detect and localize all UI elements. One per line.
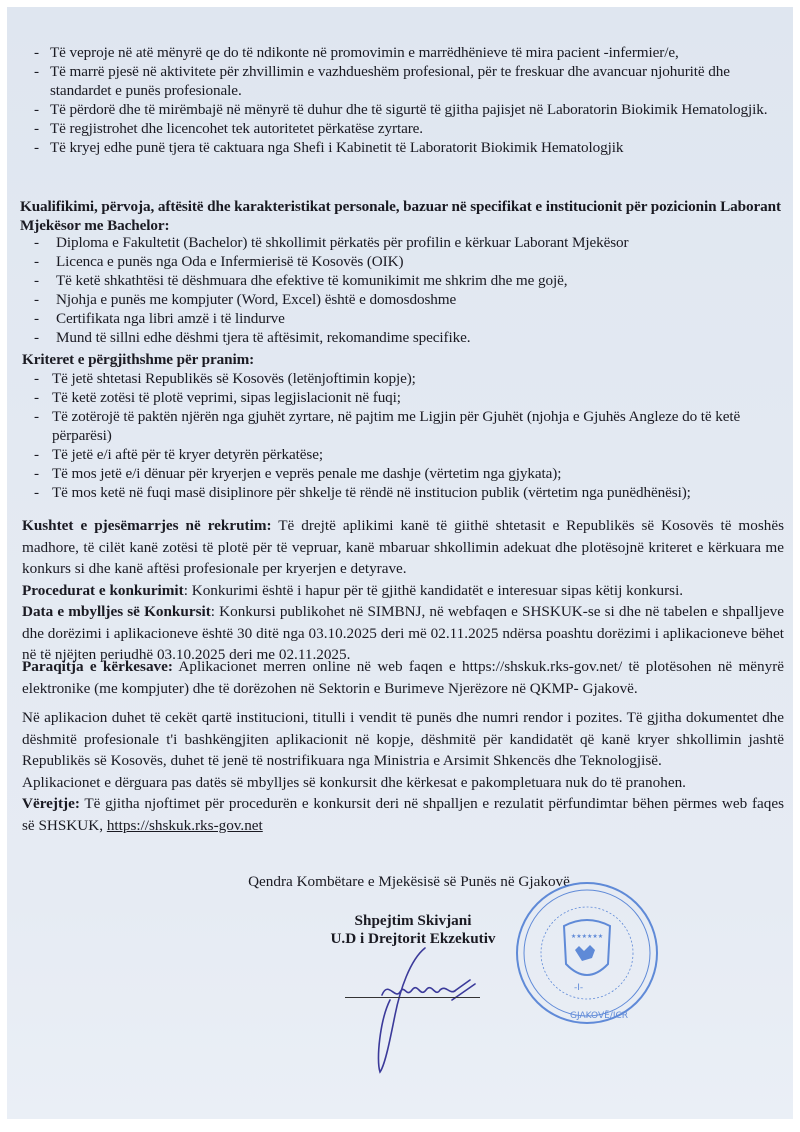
remark-label: Vërejtje: [22,795,80,812]
list-item-text: Të ketë shkathtësi të dëshmuara dhe efek… [56,272,567,289]
list-item-text: Të mos ketë në fuqi masë disiplinore për… [52,484,691,501]
dash-bullet-icon: - [34,369,39,388]
conditions-paragraph: Kushtet e pjesëmarrjes në rekrutim: Të d… [22,515,784,666]
list-item-text: Të zotërojë të paktën njërën nga gjuhët … [52,408,740,444]
list-item: -Të marrë pjesë në aktivitete për zhvill… [34,62,774,100]
list-item: -Të kryej edhe punë tjera të caktuara ng… [34,138,774,157]
list-item: -Të jetë shtetasi Republikës së Kosovës … [34,369,764,388]
dash-bullet-icon: - [34,119,39,138]
official-stamp-icon: ★★★★★★ -I- GJAKOVË/ICR [512,878,662,1028]
list-item: -Certifikata nga libri amzë i të lindurv… [34,309,734,328]
list-item-text: Licenca e punës nga Oda e Infermierisë t… [56,253,403,270]
shskuk-link[interactable]: https://shskuk.rks-gov.net [107,817,263,834]
list-item: -Licenca e punës nga Oda e Infermierisë … [34,252,734,271]
closing-date-label: Data e mbylljes së Konkursit [22,603,211,620]
dash-bullet-icon: - [34,43,39,62]
list-item-text: Mund të sillni edhe dëshmi tjera të aftë… [56,329,470,346]
list-item: -Të zotërojë të paktën njërën nga gjuhët… [34,407,764,445]
list-item-text: Të marrë pjesë në aktivitete për zhvilli… [50,63,730,99]
dash-bullet-icon: - [34,100,39,119]
handwritten-signature-icon [340,940,510,1080]
list-item: -Njohja e punës me kompjuter (Word, Exce… [34,290,734,309]
qualifications-heading: Kualifikimi, përvoja, aftësitë dhe karak… [20,197,790,235]
submission-label: Paraqitja e kërkesave: [22,658,173,675]
list-item-text: Të regjistrohet dhe licencohet tek autor… [50,120,423,137]
list-item: -Të ketë zotësi të plotë veprimi, sipas … [34,388,764,407]
list-item-text: Të jetë e/i aftë për të kryer detyrën pë… [52,446,323,463]
list-item-text: Njohja e punës me kompjuter (Word, Excel… [56,291,456,308]
svg-text:GJAKOVË/ICR: GJAKOVË/ICR [570,1010,628,1021]
procedure-label: Procedurat e konkurimit [22,582,184,599]
dash-bullet-icon: - [34,445,39,464]
list-item: -Diploma e Fakultetit (Bachelor) të shko… [34,233,734,252]
list-item-text: Të mos jetë e/i dënuar për kryerjen e ve… [52,465,561,482]
list-item: -Të mos ketë në fuqi masë disiplinore pë… [34,483,764,502]
submission-paragraph: Paraqitja e kërkesave: Aplikacionet merr… [22,656,784,699]
late-note: Aplikacionet e dërguara pas datës së mby… [22,774,686,791]
list-item-text: Të ketë zotësi të plotë veprimi, sipas l… [52,389,401,406]
duties-list: -Të veproje në atë mënyrë qe do të ndiko… [34,43,774,157]
list-item-text: Të përdorë dhe të mirëmbajë në mënyrë të… [50,101,767,118]
list-item: -Të mos jetë e/i dënuar për kryerjen e v… [34,464,764,483]
application-note-paragraph: Në aplikacion duhet të cekët qartë insti… [22,707,784,836]
qualifications-list: -Diploma e Fakultetit (Bachelor) të shko… [34,233,734,347]
dash-bullet-icon: - [34,483,39,502]
dash-bullet-icon: - [34,328,39,347]
dash-bullet-icon: - [34,388,39,407]
list-item: -Të ketë shkathtësi të dëshmuara dhe efe… [34,271,734,290]
list-item: -Të regjistrohet dhe licencohet tek auto… [34,119,774,138]
svg-text:-I-: -I- [574,983,583,993]
dash-bullet-icon: - [34,464,39,483]
list-item: -Mund të sillni edhe dëshmi tjera të aft… [34,328,734,347]
dash-bullet-icon: - [34,138,39,157]
list-item-text: Të jetë shtetasi Republikës së Kosovës (… [52,370,416,387]
criteria-heading: Kriteret e përgjithshme për pranim: [22,350,254,369]
list-item: -Të jetë e/i aftë për të kryer detyrën p… [34,445,764,464]
institution-name: Qendra Kombëtare e Mjekësisë së Punës në… [0,873,800,891]
list-item-text: Të kryej edhe punë tjera të caktuara nga… [50,139,623,156]
list-item-text: Diploma e Fakultetit (Bachelor) të shkol… [56,234,629,251]
signatory-name: Shpejtim Skivjani [0,912,800,930]
conditions-label: Kushtet e pjesëmarrjes në rekrutim: [22,517,272,534]
svg-text:★★★★★★: ★★★★★★ [571,933,603,940]
dash-bullet-icon: - [34,271,39,290]
list-item-text: Certifikata nga libri amzë i të lindurve [56,310,285,327]
dash-bullet-icon: - [34,233,39,252]
application-note: Në aplikacion duhet të cekët qartë insti… [22,709,784,769]
list-item-text: Të veproje në atë mënyrë qe do të ndikon… [50,44,679,61]
criteria-list: -Të jetë shtetasi Republikës së Kosovës … [34,369,764,502]
dash-bullet-icon: - [34,62,39,81]
list-item: -Të përdorë dhe të mirëmbajë në mënyrë t… [34,100,774,119]
dash-bullet-icon: - [34,290,39,309]
dash-bullet-icon: - [34,252,39,271]
procedure-text: : Konkurimi është i hapur për të gjithë … [184,582,683,599]
signature-line [345,997,480,998]
dash-bullet-icon: - [34,407,39,426]
dash-bullet-icon: - [34,309,39,328]
list-item: -Të veproje në atë mënyrë qe do të ndiko… [34,43,774,62]
